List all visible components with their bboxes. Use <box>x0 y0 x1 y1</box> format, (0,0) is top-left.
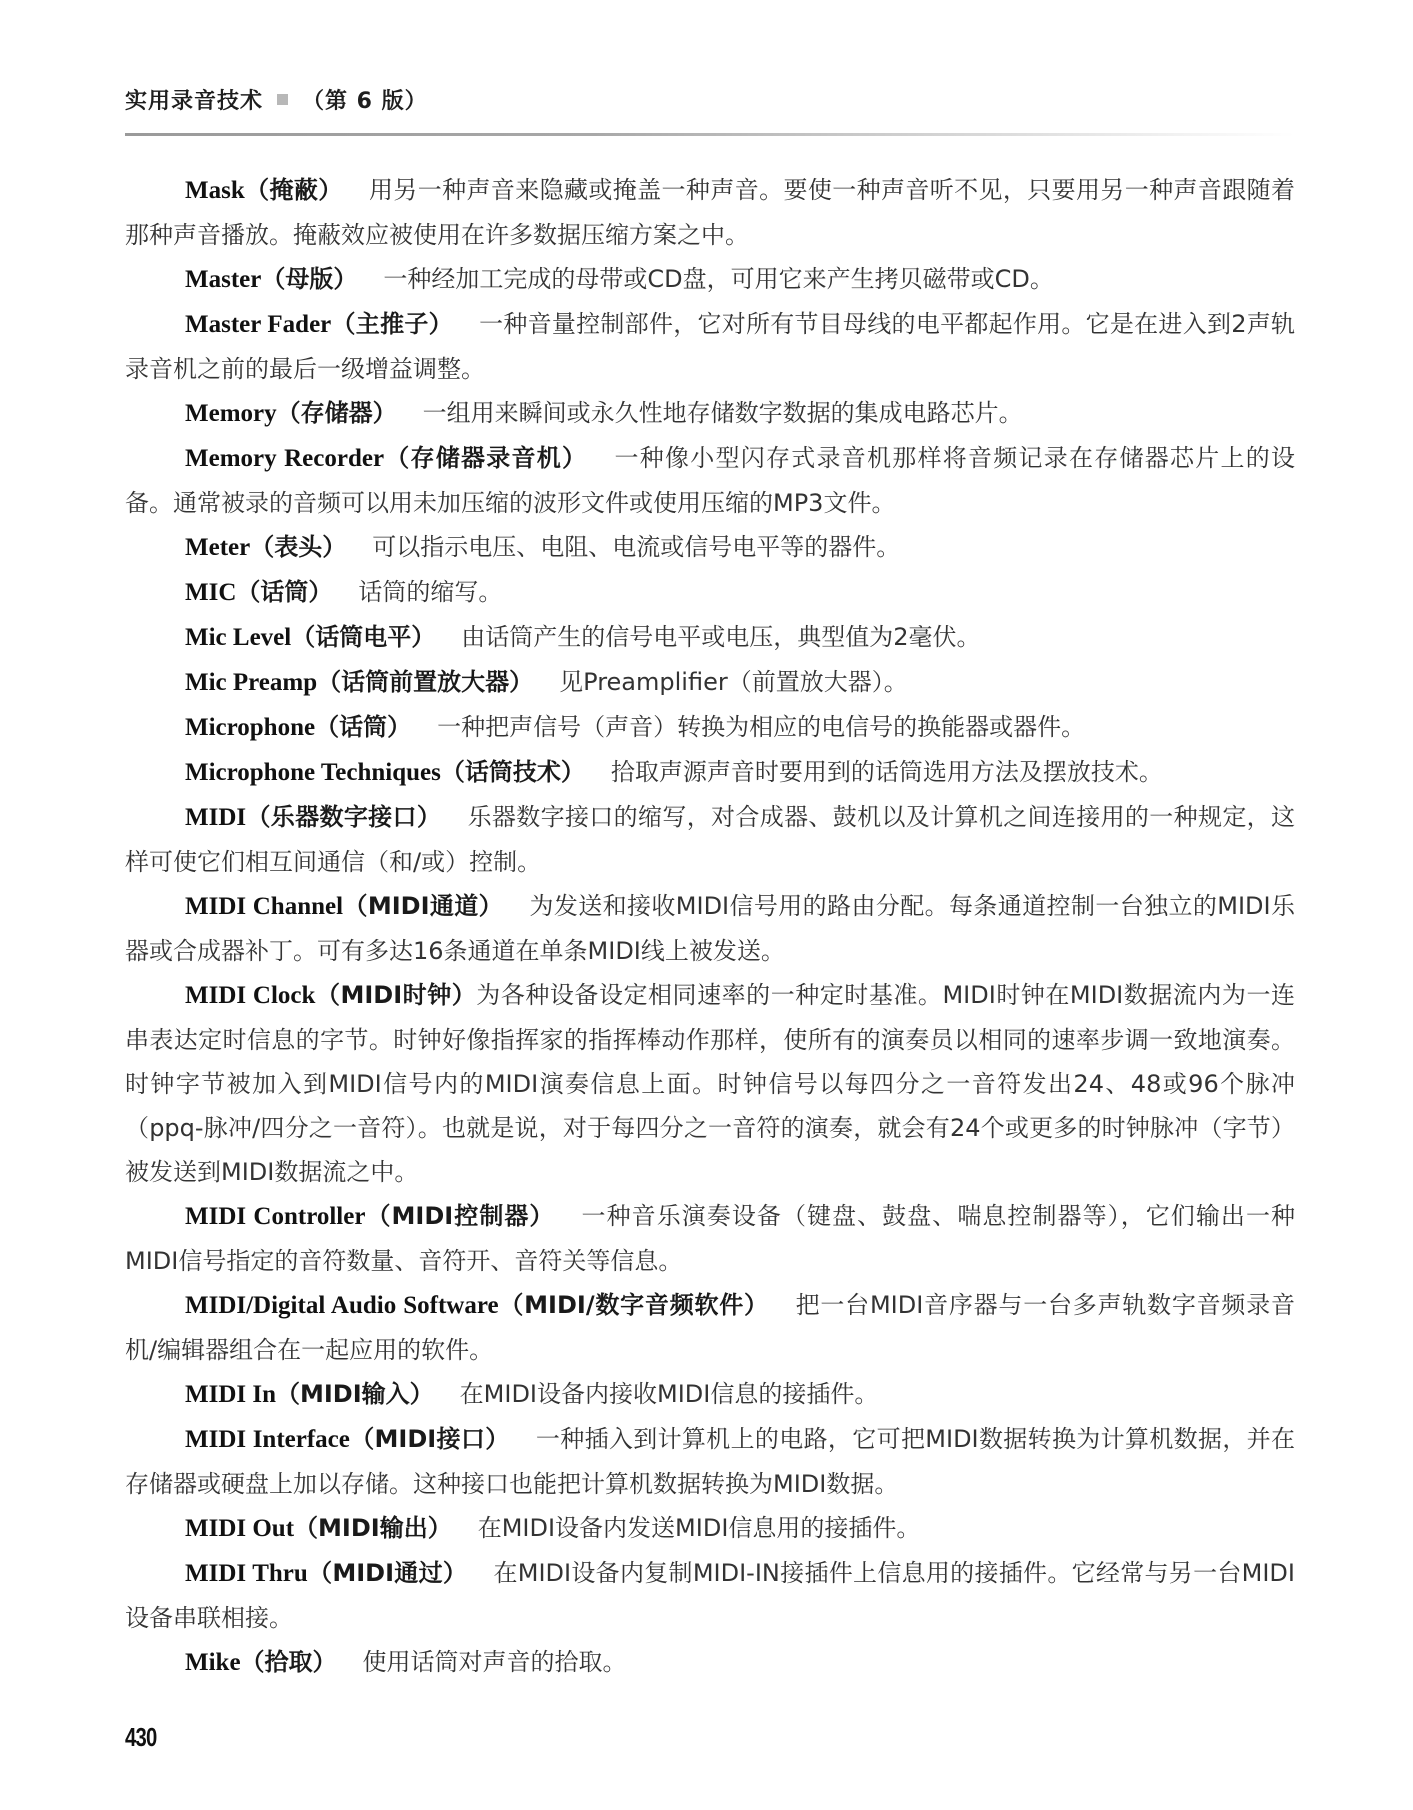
glossary-entry-midi-digital-audio-software: MIDI/Digital Audio Software（MIDI/数字音频软件）… <box>125 1283 1295 1372</box>
entry-definition: 话筒的缩写。 <box>358 578 502 606</box>
entry-term-cn: （MIDI/数字音频软件） <box>499 1291 769 1319</box>
entry-definition: 可以指示电压、电阻、电流或信号电平等的器件。 <box>372 533 900 561</box>
entry-term-cn: （表头） <box>250 533 346 561</box>
entry-definition: 见Preamplifier（前置放大器）。 <box>559 668 908 696</box>
glossary-entry-midi-in: MIDI In（MIDI输入）在MIDI设备内接收MIDI信息的接插件。 <box>125 1372 1295 1417</box>
entry-term: MIC <box>185 579 236 606</box>
header-divider <box>125 133 1295 136</box>
entry-term-cn: （话筒技术） <box>441 758 585 786</box>
page-number: 430 <box>125 1722 157 1753</box>
glossary-entry-master: Master（母版）一种经加工完成的母带或CD盘，可用它来产生拷贝磁带或CD。 <box>125 257 1295 302</box>
entry-term: Microphone Techniques <box>185 759 441 786</box>
entry-term: MIDI In <box>185 1381 276 1408</box>
glossary-entry-midi-controller: MIDI Controller（MIDI控制器）一种音乐演奏设备（键盘、鼓盘、喘… <box>125 1194 1295 1283</box>
running-header: 实用录音技术 （第 6 版） <box>125 84 428 115</box>
entry-term-cn: （MIDI控制器） <box>365 1202 554 1230</box>
glossary-entry-mike: Mike（拾取）使用话筒对声音的拾取。 <box>125 1640 1295 1685</box>
square-bullet-icon <box>277 94 288 105</box>
entry-term-cn: （掩蔽） <box>245 176 343 204</box>
glossary-entry-midi: MIDI（乐器数字接口）乐器数字接口的缩写，对合成器、鼓机以及计算机之间连接用的… <box>125 795 1295 884</box>
glossary-entry-meter: Meter（表头）可以指示电压、电阻、电流或信号电平等的器件。 <box>125 525 1295 570</box>
entry-definition: 为各种设备设定相同速率的一种定时基准。MIDI时钟在MIDI数据流内为一连串表达… <box>125 981 1295 1186</box>
entry-term: MIDI Out <box>185 1515 294 1542</box>
entry-term: Meter <box>185 534 250 561</box>
entry-term: MIDI <box>185 804 246 831</box>
entry-term: Memory Recorder <box>185 445 384 472</box>
entry-term: Mike <box>185 1649 241 1676</box>
entry-term-cn: （话筒） <box>236 578 332 606</box>
glossary-entry-mic-level: Mic Level（话筒电平）由话筒产生的信号电平或电压，典型值为2毫伏。 <box>125 615 1295 660</box>
glossary-entry-mic: MIC（话筒）话筒的缩写。 <box>125 570 1295 615</box>
entry-definition: 在MIDI设备内发送MIDI信息用的接插件。 <box>478 1514 921 1542</box>
entry-term-cn: （主推子） <box>331 310 453 338</box>
entry-term-cn: （母版） <box>261 265 357 293</box>
entry-term: Mask <box>185 177 245 204</box>
entry-term: Master <box>185 266 261 293</box>
glossary-entry-midi-channel: MIDI Channel（MIDI通道）为发送和接收MIDI信号用的路由分配。每… <box>125 884 1295 973</box>
entry-term-cn: （乐器数字接口） <box>246 803 441 831</box>
book-title: 实用录音技术 <box>125 84 263 115</box>
entry-definition: 在MIDI设备内接收MIDI信息的接插件。 <box>460 1380 879 1408</box>
glossary-list: Mask（掩蔽）用另一种声音来隐藏或掩盖一种声音。要使一种声音听不见，只要用另一… <box>125 168 1295 1685</box>
entry-term-cn: （MIDI时钟） <box>315 981 476 1009</box>
edition-label: （第 6 版） <box>302 84 428 115</box>
entry-term-cn: （MIDI通过） <box>308 1559 467 1587</box>
glossary-entry-mask: Mask（掩蔽）用另一种声音来隐藏或掩盖一种声音。要使一种声音听不见，只要用另一… <box>125 168 1295 257</box>
glossary-entry-midi-clock: MIDI Clock（MIDI时钟）为各种设备设定相同速率的一种定时基准。MID… <box>125 973 1295 1194</box>
entry-term-cn: （话筒） <box>315 713 411 741</box>
entry-term-cn: （MIDI接口） <box>350 1425 510 1453</box>
glossary-entry-master-fader: Master Fader（主推子）一种音量控制部件，它对所有节目母线的电平都起作… <box>125 302 1295 391</box>
entry-definition: 拾取声源声音时要用到的话筒选用方法及摆放技术。 <box>611 758 1163 786</box>
entry-term: MIDI Interface <box>185 1426 350 1453</box>
glossary-entry-midi-interface: MIDI Interface（MIDI接口）一种插入到计算机上的电路，它可把MI… <box>125 1417 1295 1506</box>
entry-definition: 使用话筒对声音的拾取。 <box>363 1648 627 1676</box>
glossary-entry-midi-thru: MIDI Thru（MIDI通过）在MIDI设备内复制MIDI-IN接插件上信息… <box>125 1551 1295 1640</box>
entry-term: Microphone <box>185 714 315 741</box>
entry-term: MIDI Clock <box>185 982 315 1009</box>
entry-term-cn: （话筒电平） <box>291 623 435 651</box>
entry-term-cn: （MIDI通道） <box>343 892 503 920</box>
entry-term-cn: （MIDI输出） <box>294 1514 452 1542</box>
glossary-entry-midi-out: MIDI Out（MIDI输出）在MIDI设备内发送MIDI信息用的接插件。 <box>125 1506 1295 1551</box>
entry-term: MIDI Thru <box>185 1560 308 1587</box>
entry-term: MIDI Controller <box>185 1203 365 1230</box>
entry-term: Memory <box>185 400 277 427</box>
entry-term: Mic Level <box>185 624 291 651</box>
entry-term: Master Fader <box>185 311 331 338</box>
entry-term-cn: （存储器录音机） <box>384 444 587 472</box>
glossary-entry-microphone-techniques: Microphone Techniques（话筒技术）拾取声源声音时要用到的话筒… <box>125 750 1295 795</box>
entry-definition: 一种把声信号（声音）转换为相应的电信号的换能器或器件。 <box>437 713 1085 741</box>
entry-term-cn: （话筒前置放大器） <box>317 668 533 696</box>
entry-definition: 一种经加工完成的母带或CD盘，可用它来产生拷贝磁带或CD。 <box>383 265 1053 293</box>
entry-term-cn: （存储器） <box>277 399 397 427</box>
entry-term-cn: （拾取） <box>241 1648 337 1676</box>
glossary-entry-microphone: Microphone（话筒）一种把声信号（声音）转换为相应的电信号的换能器或器件… <box>125 705 1295 750</box>
entry-term: Mic Preamp <box>185 669 317 696</box>
entry-term: MIDI Channel <box>185 893 343 920</box>
glossary-entry-memory-recorder: Memory Recorder（存储器录音机）一种像小型闪存式录音机那样将音频记… <box>125 436 1295 525</box>
entry-definition: 由话筒产生的信号电平或电压，典型值为2毫伏。 <box>461 623 980 651</box>
entry-term: MIDI/Digital Audio Software <box>185 1292 499 1319</box>
entry-term-cn: （MIDI输入） <box>276 1380 434 1408</box>
entry-definition: 一组用来瞬间或永久性地存储数字数据的集成电路芯片。 <box>423 399 1023 427</box>
glossary-entry-memory: Memory（存储器）一组用来瞬间或永久性地存储数字数据的集成电路芯片。 <box>125 391 1295 436</box>
glossary-entry-mic-preamp: Mic Preamp（话筒前置放大器）见Preamplifier（前置放大器）。 <box>125 660 1295 705</box>
